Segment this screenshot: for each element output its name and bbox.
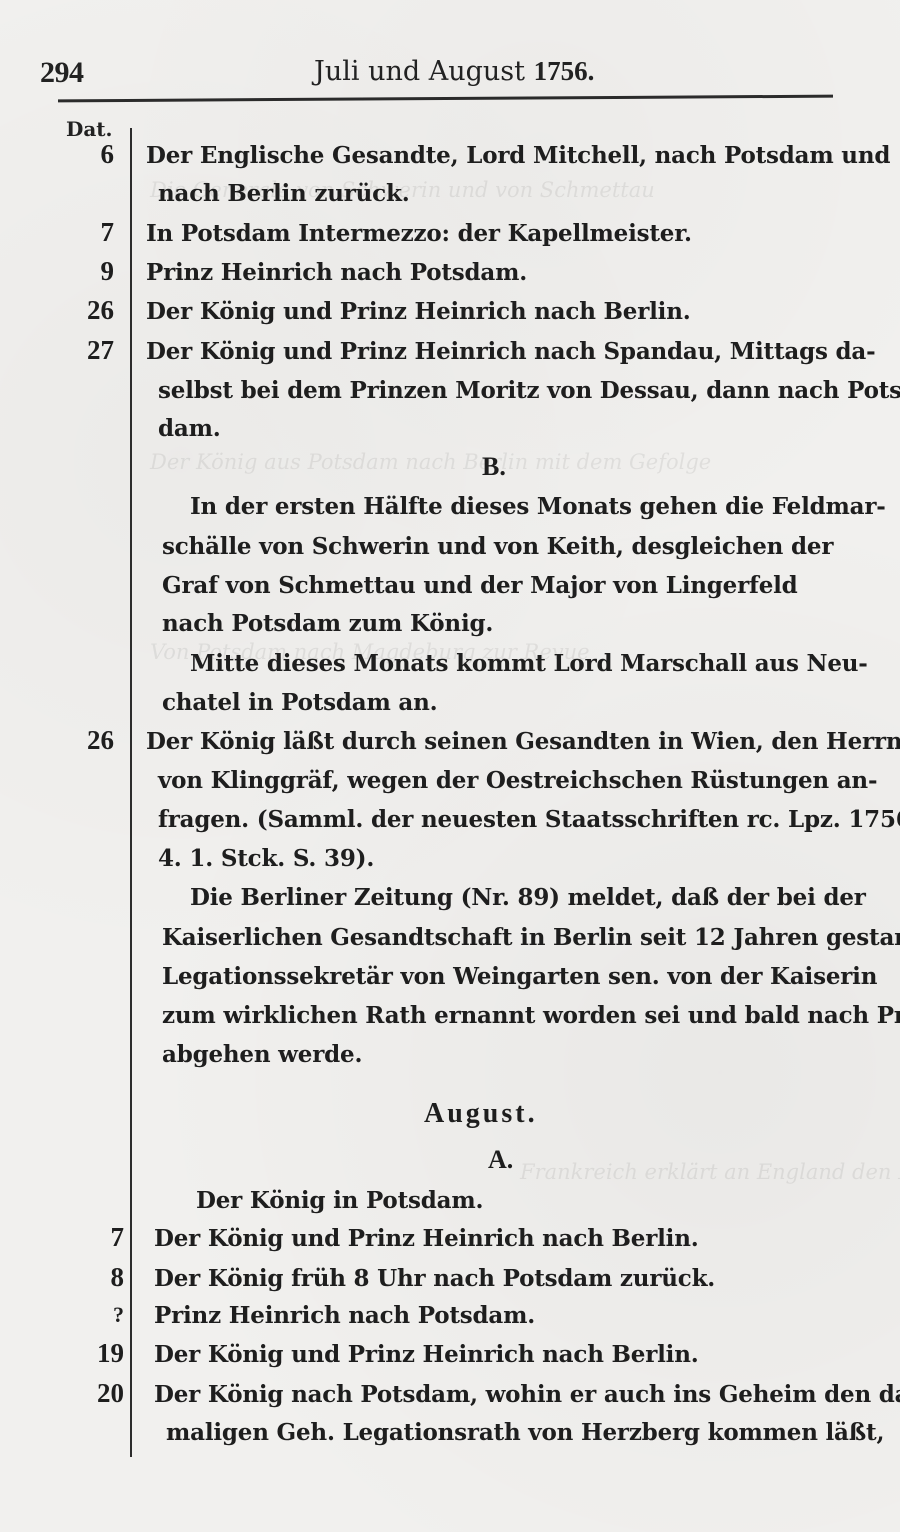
paragraph-line: Graf von Schmettau und der Major von Lin…: [162, 572, 798, 599]
entry-line: dam.: [158, 415, 221, 442]
paragraph-line: Legationssekretär von Weingarten sen. vo…: [162, 963, 877, 990]
entry-line: Der König nach Potsdam, wohin er auch in…: [154, 1381, 900, 1408]
entry-line: Der König und Prinz Heinrich nach Berlin…: [154, 1341, 699, 1368]
paragraph-line: Mitte dieses Monats kommt Lord Marschall…: [190, 650, 868, 677]
entry-date: 8: [44, 1262, 124, 1293]
paragraph-line: chatel in Potsdam an.: [162, 689, 437, 716]
entry-date: 26: [34, 295, 114, 326]
paragraph-line: schälle von Schwerin und von Keith, desg…: [162, 533, 833, 560]
entry-line: Der König und Prinz Heinrich nach Berlin…: [154, 1225, 699, 1252]
running-title: Juli und August 1756.: [314, 56, 594, 87]
entry-line: In Potsdam Intermezzo: der Kapellmeister…: [146, 220, 692, 247]
entry-date: 20: [44, 1378, 124, 1409]
section-heading-a: A.: [488, 1145, 513, 1175]
entry-date: ?: [44, 1302, 124, 1328]
bleed-through-text: Frankreich erklärt an England den Krieg.: [520, 1160, 900, 1184]
entry-line: Prinz Heinrich nach Potsdam.: [154, 1302, 535, 1329]
entry-date: 27: [34, 335, 114, 366]
month-heading-august: August.: [424, 1098, 538, 1130]
section-intro: Der König in Potsdam.: [196, 1187, 483, 1214]
paragraph-line: In der ersten Hälfte dieses Monats gehen…: [190, 493, 886, 520]
entry-line: von Klinggräf, wegen der Oestreichschen …: [158, 767, 877, 794]
paragraph-line: Die Berliner Zeitung (Nr. 89) meldet, da…: [190, 884, 866, 911]
entry-line: 4. 1. Stck. S. 39).: [158, 845, 374, 872]
entry-line: Der König früh 8 Uhr nach Potsdam zurück…: [154, 1265, 715, 1292]
paragraph-line: abgehen werde.: [162, 1041, 362, 1068]
entry-date: 6: [34, 139, 114, 170]
entry-line: fragen. (Samml. der neuesten Staatsschri…: [158, 806, 900, 833]
entry-date: 26: [34, 725, 114, 756]
entry-date: 9: [34, 256, 114, 287]
running-title-text: Juli und August: [314, 56, 525, 87]
paragraph-line: zum wirklichen Rath ernannt worden sei u…: [162, 1002, 900, 1029]
bleed-through-text: Der König aus Potsdam nach Berlin mit de…: [150, 450, 711, 474]
section-heading-b: B.: [482, 452, 506, 482]
paragraph-line: Kaiserlichen Gesandtschaft in Berlin sei…: [162, 924, 900, 951]
entry-line: maligen Geh. Legationsrath von Herzberg …: [166, 1419, 884, 1446]
entry-line: Der König und Prinz Heinrich nach Spanda…: [146, 338, 875, 365]
entry-line: Der König läßt durch seinen Gesandten in…: [146, 728, 900, 755]
entry-line: selbst bei dem Prinzen Moritz von Dessau…: [158, 377, 900, 404]
entry-line: Prinz Heinrich nach Potsdam.: [146, 259, 527, 286]
entry-line: nach Berlin zurück.: [158, 180, 410, 207]
entry-line: Der Englische Gesandte, Lord Mitchell, n…: [146, 142, 890, 169]
paragraph-line: nach Potsdam zum König.: [162, 610, 493, 637]
running-title-year: 1756.: [534, 56, 595, 86]
entry-date: 19: [44, 1338, 124, 1369]
date-column-rule: [130, 128, 132, 1457]
entry-date: 7: [44, 1222, 124, 1253]
entry-line: Der König und Prinz Heinrich nach Berlin…: [146, 298, 691, 325]
page-number: 294: [40, 56, 84, 90]
header-rule: [58, 95, 833, 103]
date-column-label: Dat.: [66, 117, 113, 141]
entry-date: 7: [34, 217, 114, 248]
